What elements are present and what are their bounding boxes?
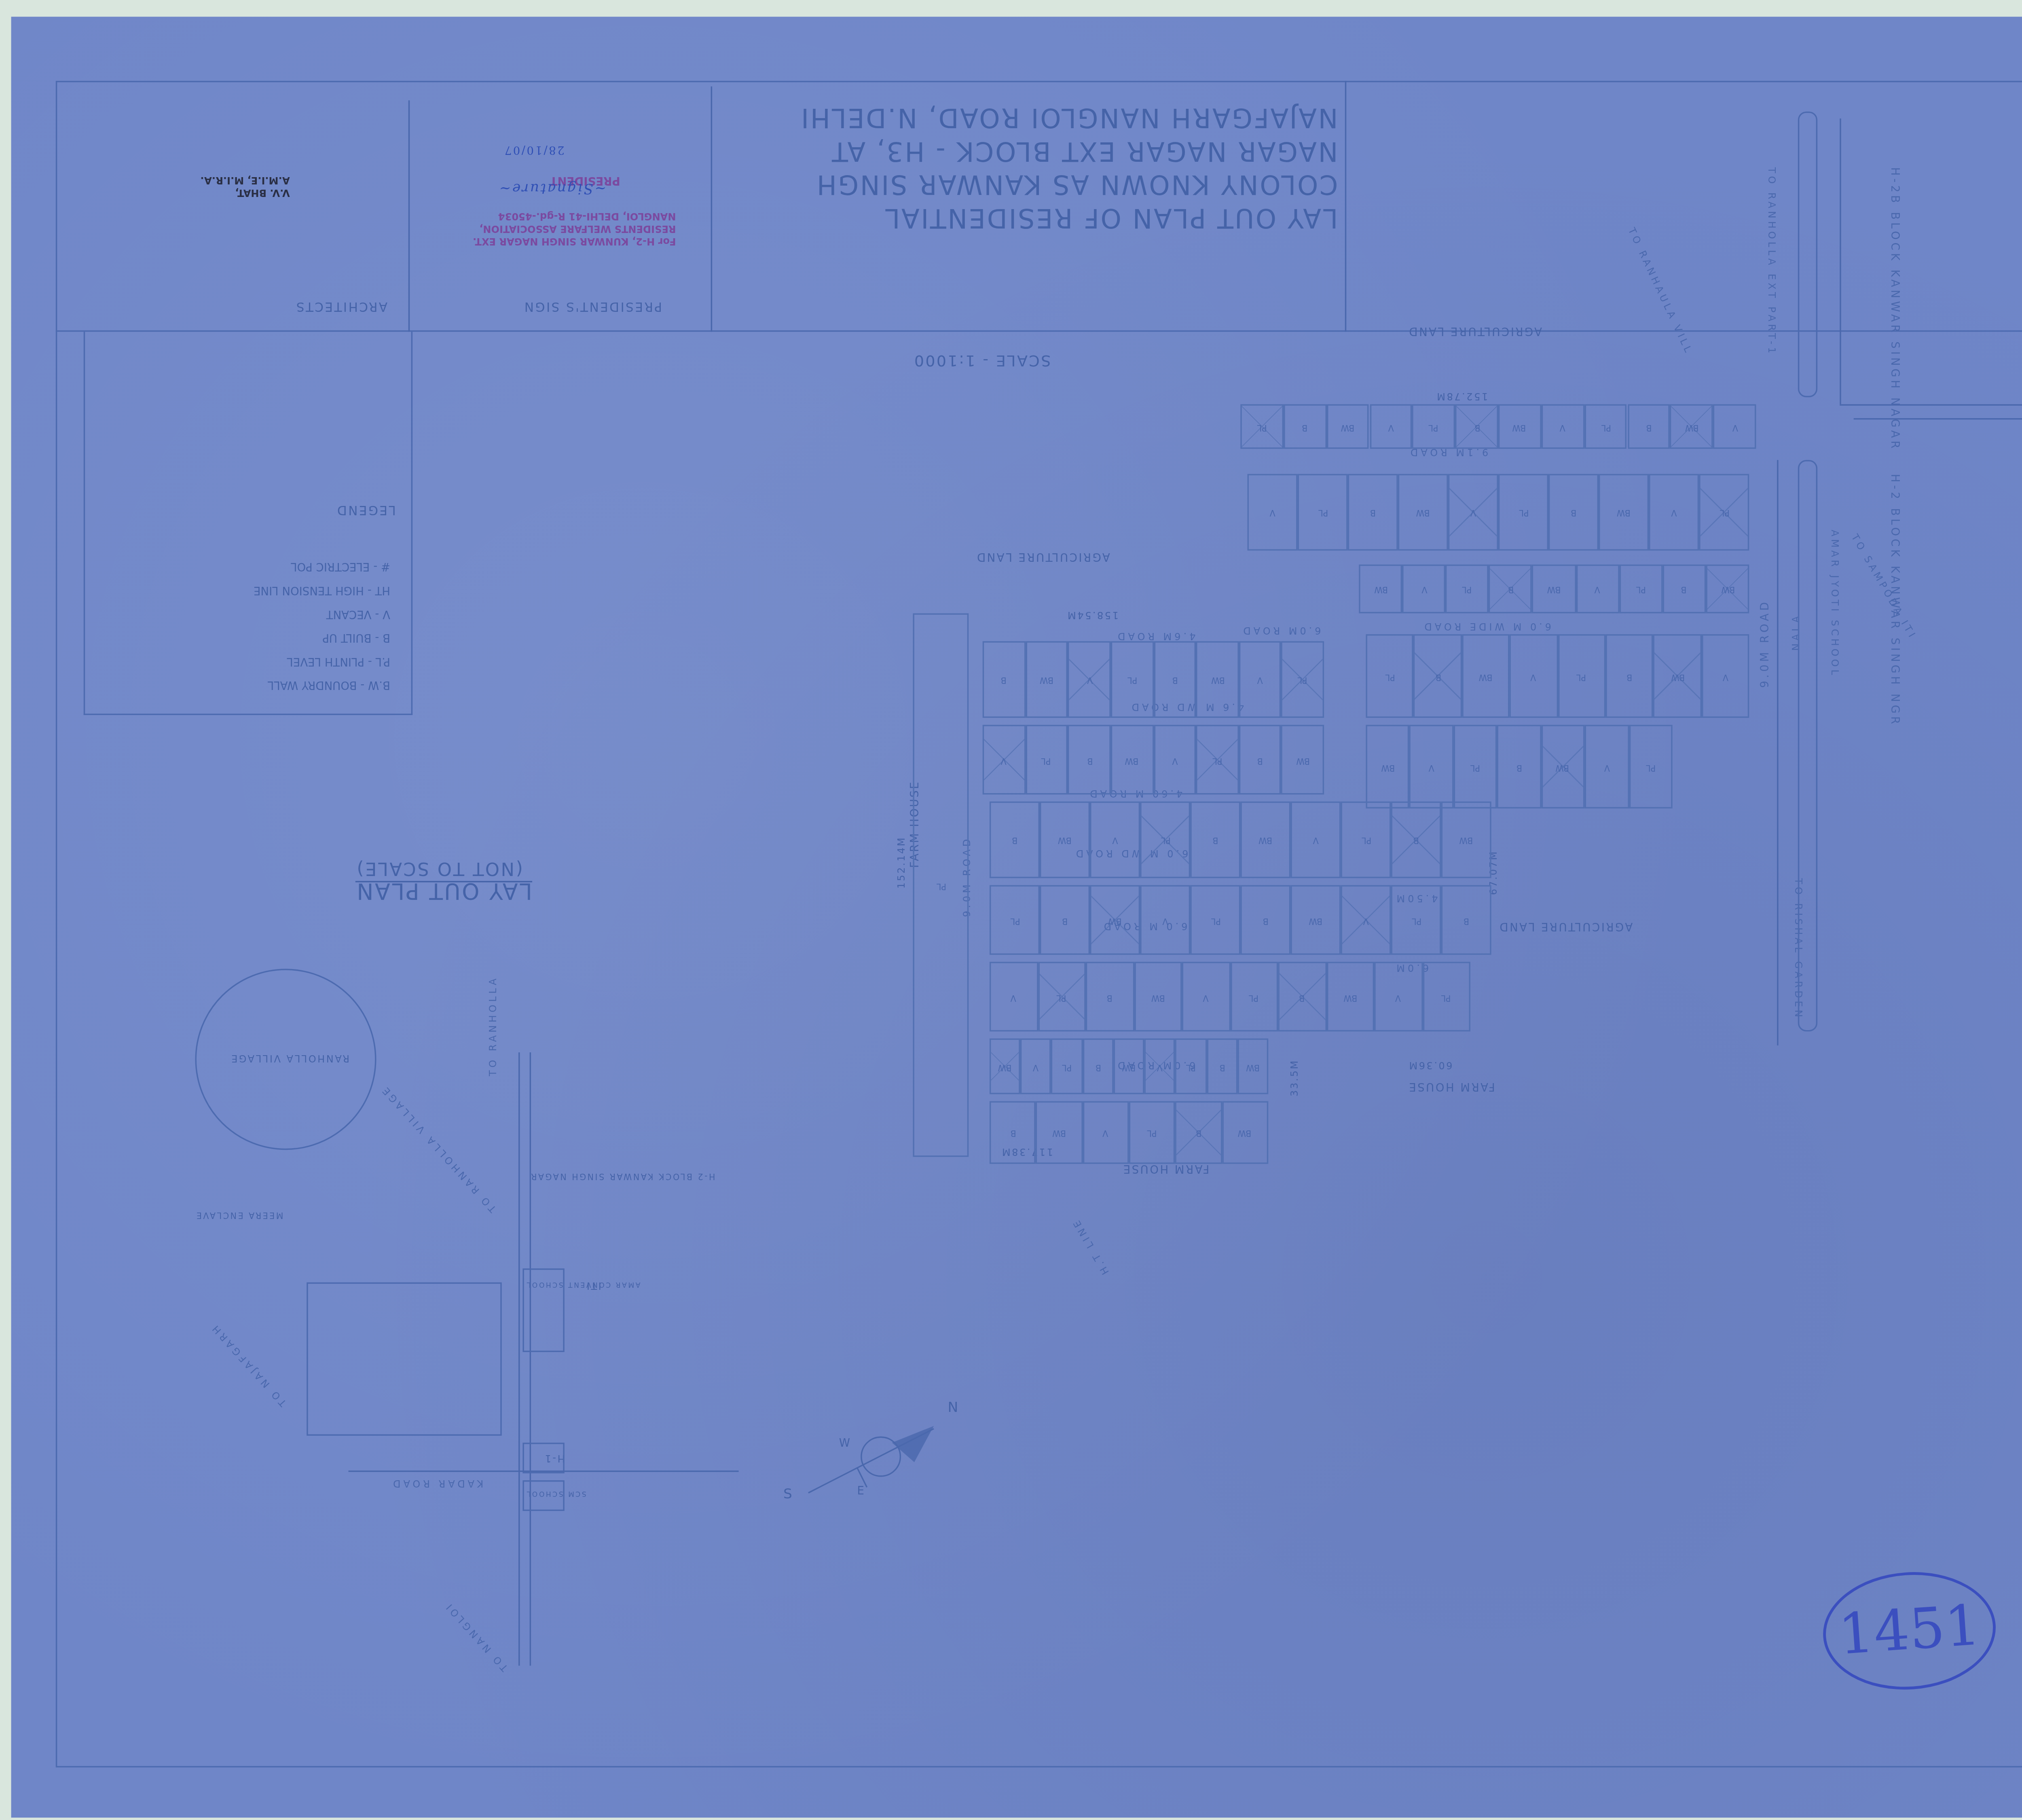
plot-code: PL [1601,422,1610,432]
plot: V [1341,885,1391,954]
plot: BW [1326,404,1369,449]
legend-code: V [383,608,390,620]
road-label: 6.0 M WIDE ROAD [1421,620,1551,632]
plot: B [1190,802,1240,878]
plot-code: PL [1719,507,1729,517]
plot-code: BW [1341,422,1355,432]
plot: B [1153,641,1196,718]
plot-code: PL [1462,584,1472,594]
plot-code: BW [1040,675,1053,684]
plot: B [1391,802,1441,878]
road-edge [1840,119,1841,404]
plot-code: BW [1246,1061,1260,1071]
plot: PL [1240,404,1283,449]
plot: V [1649,474,1699,551]
legend-item: B - BUILT UP [254,626,390,650]
plot: PL [913,613,969,1157]
plot: PL [1584,404,1627,449]
plot: V [990,962,1038,1031]
plot: B [1662,565,1706,614]
nala-channel [1798,112,1817,398]
legend-meaning: VECANT [326,608,372,620]
key-plot-cluster [307,1282,501,1436]
plot-code: PL [1057,992,1066,1001]
plot-code: B [1107,992,1113,1001]
plot: BW [1653,634,1701,718]
north-label: N [948,1401,960,1416]
plot-code: B [1062,915,1068,925]
plot: V [1182,962,1230,1031]
plot: PL [1391,885,1441,954]
plot: BW [1359,565,1402,614]
plot-code: BW [1479,671,1493,681]
plot: B [1497,725,1541,808]
plot: V [1701,634,1749,718]
plot-code: PL [1470,762,1480,771]
plot: B [1240,885,1290,954]
plot-code: BW [1547,584,1561,594]
plot: V [1713,404,1756,449]
plot-code: BW [1671,671,1684,681]
plot-code: V [1429,762,1434,771]
plot: BW [1541,725,1585,808]
plan-title: LAY OUT PLAN OF RESIDENTIAL COLONY KNOWN… [725,100,1338,234]
president-stamp: For H-2, KUNWAR SINGH NAGAR EXT. RESIDEN… [473,209,676,247]
plot-code: PL [1361,835,1371,844]
title-line: LAY OUT PLAN OF RESIDENTIAL [725,201,1338,234]
dimension: 33.5M [1289,1059,1301,1096]
legend-item: B.W - BOUNDRY WALL [254,673,390,697]
plot-code: B [1196,1128,1201,1137]
title-line: NAJAFGARH NANGLOI ROAD, N.DELHI [725,100,1338,134]
plot-code: B [1474,422,1480,432]
president-sign-block: PRESIDENT'S SIGN For H-2, KUNWAR SINGH N… [418,100,704,323]
plot-code: BW [1052,1128,1066,1137]
plot-code: BW [1556,762,1570,771]
stamp-line: RESIDENTS WELFARE ASSOCIATION, [473,222,676,234]
plot-code: BW [1381,762,1395,771]
dimension: 152.14M [896,836,907,889]
legend-meaning: ELECTRIC POL [291,560,370,573]
plot-code: B [1012,835,1017,844]
plot: BW [1498,404,1541,449]
plot-code: V [1531,671,1536,681]
plot: B [1278,962,1326,1031]
plot-code: BW [1309,915,1322,925]
plot: PL [1025,725,1068,794]
plot-code: B [1681,584,1687,594]
plot-code: PL [1411,915,1421,925]
plot-code: V [1560,422,1565,432]
plot: V [1576,565,1619,614]
plot: BW [1196,641,1239,718]
key-label: H-2 BLOCK KANWAR SINGH NAGAR [530,1171,715,1181]
key-label: TO RANHOLLA [488,976,499,1076]
plot-code: V [1421,584,1427,594]
plot: V [1541,404,1584,449]
president-sign-label: PRESIDENT'S SIGN [523,298,662,312]
plot: V [1510,634,1557,718]
plot: B [1441,885,1491,954]
key-h1-box [522,1443,564,1473]
plot: V [1144,1039,1176,1094]
architects-block: ARCHITECTS V.V. BHAT, A.M.I.E, M.I.R.A. [123,100,401,323]
plot: BW [1025,641,1068,718]
plot-code: PL [1147,1128,1157,1137]
plot-code: V [1671,507,1677,517]
plot-code: V [1722,671,1728,681]
plot: PL [1282,641,1324,718]
plot: B [1086,962,1134,1031]
plot: B [1348,474,1398,551]
plot-code: PL [1257,422,1267,432]
plot-code: PL [1010,915,1019,925]
farm-house-label: FARM HOUSE [1122,1162,1209,1175]
plot: V [1153,725,1196,794]
key-road [349,1471,739,1472]
scale-label: SCALE - 1:1000 [913,351,1051,369]
plot: BW [1366,725,1409,808]
neighbour-label: H-2B BLOCK KANWAR SINGH NAGAR [1889,167,1901,451]
road-label: 4.6M ROAD [1115,630,1195,641]
key-plan-title: LAY OUT PLAN [355,878,532,904]
plot-code: B [1508,584,1513,594]
plot-code: BW [1210,675,1224,684]
plot-code: BW [1125,755,1139,764]
plot: B [1040,885,1090,954]
south-label: S [783,1487,793,1503]
plot-code: B [1257,755,1263,764]
plot: BW [1326,962,1374,1031]
plot: BW [1706,565,1749,614]
plot-code: BW [1721,584,1734,594]
road-edge [1854,418,2022,419]
stamp-line: For H-2, KUNWAR SINGH NAGAR EXT. [473,234,676,247]
legend-meaning: PLINTH LEVEL [287,655,364,668]
plot: V [1410,725,1453,808]
plot-code: B [1212,835,1218,844]
plot: PL [1446,565,1489,614]
plot: PL [1298,474,1348,551]
plot-code: BW [1513,422,1527,432]
plot-code: PL [1160,835,1170,844]
plot-code: V [1172,755,1178,764]
plot: BW [1398,474,1448,551]
stamp-line: V.V. BHAT, [200,185,290,198]
plot-code: V [1732,422,1737,432]
divider [1345,81,1347,332]
legend: LEGEND B.W - BOUNDRY WALL P.L - PLINTH L… [97,474,404,711]
plot-code: PL [1646,762,1655,771]
plot: PL [1230,962,1278,1031]
west-label: W [839,1437,852,1450]
key-scm-box [522,1480,564,1511]
plot-code: BW [1258,835,1272,844]
north-arrow: N S E W [780,1401,975,1513]
plot: V [1083,1101,1129,1164]
key-label: MEERA ENCLAVE [195,1210,283,1219]
legend-code: B [383,631,390,644]
agri-land-label: AGRICULTURE LAND [975,550,1110,563]
plot: PL [1110,641,1153,718]
plot: V [1369,404,1412,449]
plot: B [990,802,1040,878]
plot: V [1021,1039,1052,1094]
east-label: E [857,1484,866,1497]
legend-code: B.W [368,679,390,691]
legend-heading: LEGEND [336,502,396,516]
plot-code: B [1370,507,1376,517]
plot: V [1290,802,1341,878]
plot-code: PL [1127,675,1137,684]
plot: BW [1113,1039,1144,1094]
plot: BW [1110,725,1153,794]
plot-code: B [1086,755,1092,764]
plot-code: BW [1122,1061,1136,1071]
plot: V [1239,641,1282,718]
plot: V [1140,885,1190,954]
plot-code: V [1086,675,1092,684]
plot: PL [1412,404,1455,449]
plot-code: V [1162,915,1168,925]
plot: BW [1532,565,1576,614]
plot-code: B [1571,507,1576,517]
plot: PL [1453,725,1497,808]
plot-code: V [1103,1128,1108,1137]
plot-code: PL [1212,755,1222,764]
signature: ~Signature~ [498,180,606,195]
plot: PL [1422,962,1470,1031]
plot-code: PL [1519,507,1528,517]
architects-label: ARCHITECTS [295,298,387,312]
plot-code: V [1470,507,1476,517]
plot: B [1239,725,1282,794]
plot-code: BW [1151,992,1165,1001]
divider [408,100,410,332]
plot-code: PL [1210,915,1220,925]
plot-code: B [1302,422,1308,432]
plot: B [1489,565,1532,614]
plot: PL [1175,1039,1206,1094]
plot-code: PL [1636,584,1646,594]
plot-code: B [1626,671,1632,681]
plot-code: PL [936,880,945,890]
plot: B [990,1101,1036,1164]
plot: V [1585,725,1629,808]
plot: BW [1036,1101,1083,1164]
farm-house-label: FARM HOUSE [1408,1080,1495,1093]
plot-code: BW [1296,755,1309,764]
plot-code: BW [1459,835,1473,844]
plot: B [983,641,1026,718]
plot-code: PL [1577,671,1586,681]
road-label: 9.0M ROAD [1759,599,1771,688]
plot-code: V [1257,675,1263,684]
neighbour-label: H-2 BLOCK KANWAR SINGH NGR [1889,474,1901,727]
plot-code: B [1413,835,1419,844]
road-label: 6.0M ROAD [1240,624,1321,636]
plot-code: V [1595,584,1600,594]
plot: B [1175,1101,1222,1164]
plot: B [1206,1039,1237,1094]
key-label: ITI [585,1280,601,1291]
plot: V [1374,962,1422,1031]
plot-code: V [1363,915,1368,925]
plot: B [1284,404,1326,449]
key-plan-subtitle: (NOT TO SCALE) [355,857,523,878]
blueprint-stage: 9 LAY OUT PLAN OF RESIDENTIAL COLONY KNO… [0,0,2022,1820]
plot: BW [1282,725,1324,794]
plot: B [1627,404,1670,449]
title-line: NAGAR NAGAR EXT BLOCK - H3, AT [725,134,1338,167]
plot: V [983,725,1026,794]
plot-code: B [1646,422,1652,432]
plot: PL [1629,725,1672,808]
plot: BW [1290,885,1341,954]
plot-code: B [1010,1128,1015,1137]
plot-code: BW [1685,422,1698,432]
plot-code: V [1269,507,1275,517]
plot: BW [1237,1039,1269,1094]
plot: BW [1040,802,1090,878]
legend-items: B.W - BOUNDRY WALL P.L - PLINTH LEVEL B … [254,555,390,697]
plot: B [1068,725,1111,794]
stamp-line: NANGLOI, DELHI-41 R-gd.-45034 [473,209,676,222]
legend-code: HT [375,584,390,597]
road-edge [1777,460,1778,1045]
architect-stamp: V.V. BHAT, A.M.I.E, M.I.R.A. [200,173,290,198]
plot-code: V [1203,992,1209,1001]
legend-item: # - ELECTRIC POL [254,555,390,579]
plot-code: V [1157,1061,1163,1071]
legend-item: P.L - PLINTH LEVEL [254,650,390,673]
plot-code: V [1011,992,1016,1001]
plot-code: B [1263,915,1268,925]
plot-code: V [1388,422,1394,432]
plot: B [1605,634,1653,718]
plot: PL [1038,962,1086,1031]
plot-code: PL [1042,755,1051,764]
plot: PL [1366,634,1413,718]
plot-code: B [1219,1061,1225,1071]
plot: PL [1190,885,1240,954]
plot-code: B [1516,762,1522,771]
plot: PL [1699,474,1749,551]
plot: BW [1599,474,1649,551]
plot-code: PL [1186,1061,1196,1071]
key-road [518,1052,520,1666]
plot-code: PL [1249,992,1259,1001]
plot: V [1090,802,1140,878]
dimension: 158.54M [1066,609,1118,620]
plot: PL [1619,565,1662,614]
plot: V [1402,565,1445,614]
plot: B [1414,634,1462,718]
plot-code: BW [1617,507,1631,517]
dimension: 60.36M [1408,1059,1453,1071]
plot: PL [1051,1039,1083,1094]
plot-code: PL [1062,1061,1072,1071]
plot: PL [1341,802,1391,878]
road-edge [1840,404,2022,405]
plot: PL [990,885,1040,954]
plot: BW [1090,885,1140,954]
direction-label: TO RANHOLLA EXT PART-1 [1766,167,1777,356]
agri-land-label: AGRICULTURE LAND [1408,325,1542,337]
neighbour-label: AMAR JYOTI SCHOOL [1829,530,1840,678]
title-line: COLONY KNOWN AS KANWAR SINGH [725,167,1338,201]
plot-code: BW [1108,915,1122,925]
plot-code: PL [1385,671,1395,681]
plot-code: BW [1238,1128,1252,1137]
plot-code: B [1001,675,1007,684]
legend-code: P.L [376,655,390,668]
plot: B [1083,1039,1114,1094]
plot: PL [1140,802,1190,878]
stamp-line: A.M.I.E, M.I.R.A. [200,173,290,185]
plot: BW [990,1039,1021,1094]
plot-code: PL [1298,675,1307,684]
plot: BW [1134,962,1182,1031]
plot-code: B [1095,1061,1101,1071]
legend-meaning: BUILT UP [322,631,371,644]
plot-code: V [1313,835,1318,844]
plot-code: BW [998,1061,1012,1071]
plot-code: V [1001,755,1007,764]
plot-code: BW [1374,584,1387,594]
key-road [530,1052,531,1666]
plot: BW [1222,1101,1268,1164]
nala-channel [1798,460,1817,1031]
plot-code: B [1435,671,1440,681]
plot-code: V [1112,835,1118,844]
plot-code: B [1172,675,1178,684]
agri-land-label: AGRICULTURE LAND [1498,920,1633,933]
legend-meaning: HIGH TENSION LINE [254,584,364,597]
plot: BW [1462,634,1509,718]
plot: V [1068,641,1111,718]
key-label: KADAR ROAD [390,1477,483,1489]
plot-code: PL [1441,992,1451,1001]
key-school-box [522,1268,564,1352]
key-label: RANHOLLA VILLAGE [230,1052,349,1064]
plot-code: BW [1058,835,1072,844]
plot: PL [1196,725,1239,794]
plot: PL [1557,634,1605,718]
plot: B [1455,404,1498,449]
divider [711,87,713,332]
legend-code: # [381,560,390,573]
plot-code: PL [1318,507,1328,517]
plot: BW [1240,802,1290,878]
plot: PL [1498,474,1548,551]
compass-icon [780,1401,975,1513]
plot: V [1448,474,1498,551]
plot: V [1248,474,1298,551]
dimension: 152.78M [1436,390,1488,402]
plot: BW [1670,404,1713,449]
plot-code: B [1464,915,1469,925]
legend-item: V - VECANT [254,602,390,626]
plot-code: V [1395,992,1401,1001]
plot-code: BW [1416,507,1430,517]
legend-item: HT - HIGH TENSION LINE [254,578,390,602]
plot: B [1548,474,1599,551]
plot-code: BW [1343,992,1357,1001]
plot-code: PL [1429,422,1438,432]
plot-code: V [1604,762,1610,771]
legend-meaning: BOUNDRY WALL [268,679,357,691]
